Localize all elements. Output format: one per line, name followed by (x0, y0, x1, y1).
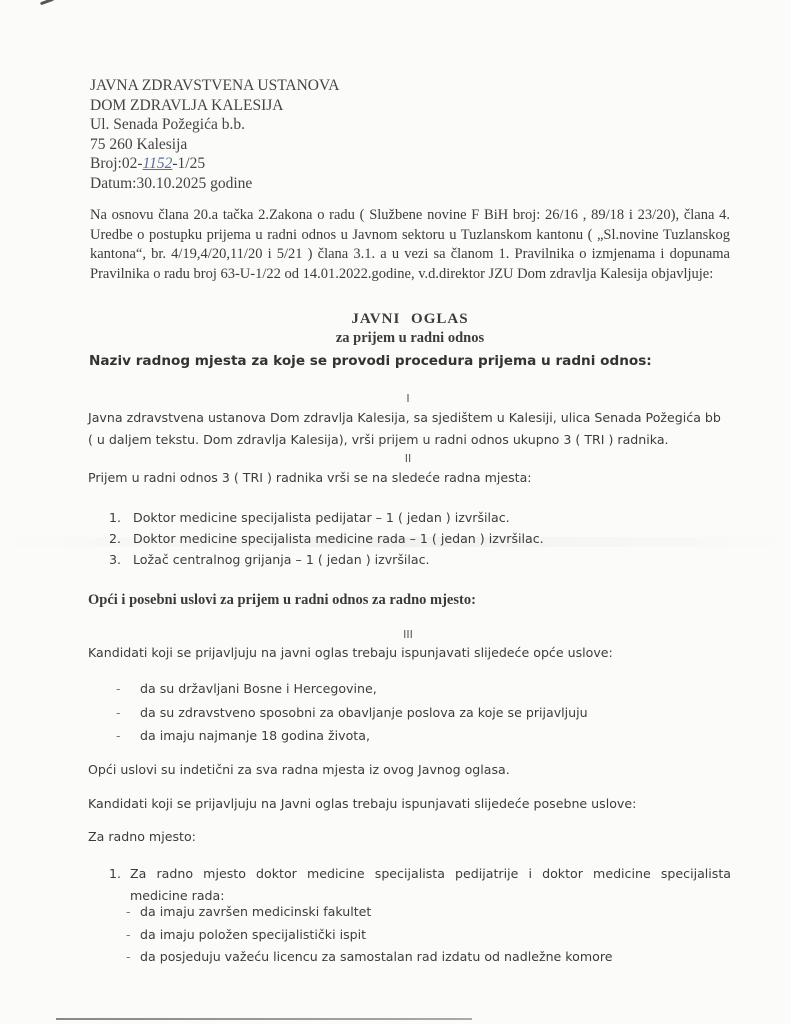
document-number: Broj:02-1152-1/25 (90, 154, 339, 174)
list-item: -da su zdravstveno sposobni za obavljanj… (116, 705, 588, 729)
list-number: 1. (109, 510, 133, 525)
list-number: 2. (109, 531, 133, 546)
institution-line-1: JAVNA ZDRAVSTVENA USTANOVA (90, 76, 339, 96)
list-text: da su državljani Bosne i Hercegovine, (140, 681, 377, 696)
list-text: Doktor medicine specijalista pedijatar –… (133, 510, 510, 525)
document-date: Datum:30.10.2025 godine (90, 174, 339, 194)
list-text: Doktor medicine specijalista medicine ra… (133, 531, 544, 546)
special-conditions-list: -da imaju završen medicinski fakultet -d… (126, 904, 612, 972)
section-marker-ii: II (88, 452, 728, 465)
list-text: da su zdravstveno sposobni za obavljanje… (140, 705, 588, 720)
for-position-label: Za radno mjesto: (88, 829, 196, 844)
dash-bullet: - (116, 705, 140, 720)
section-marker-iii: III (88, 628, 728, 641)
list-number: 1. (109, 863, 121, 885)
footer-rule (56, 1018, 472, 1020)
document-page: JAVNA ZDRAVSTVENA USTANOVA DOM ZDRAVLJA … (0, 0, 791, 1024)
list-text: da imaju najmanje 18 godina života, (140, 728, 370, 743)
number-prefix: Broj:02- (90, 155, 143, 172)
list-text: da imaju položen specijalistički ispit (140, 927, 366, 942)
section-i-line-2: ( u daljem tekstu. Dom zdravlja Kalesija… (88, 432, 669, 447)
list-text: da posjeduju važeću licencu za samostala… (140, 949, 612, 964)
dash-bullet: - (126, 904, 140, 919)
list-item: 1.Doktor medicine specijalista pedijatar… (109, 510, 544, 531)
title-block: JAVNI OGLAS za prijem u radni odnos (90, 311, 730, 347)
dash-bullet: - (126, 927, 140, 942)
list-item: 2.Doktor medicine specijalista medicine … (109, 531, 544, 552)
conditions-heading: Opći i posebni uslovi za prijem u radni … (88, 592, 476, 609)
positions-list: 1.Doktor medicine specijalista pedijatar… (109, 510, 544, 573)
list-text: da imaju završen medicinski fakultet (140, 904, 371, 919)
postal-city: 75 260 Kalesija (90, 135, 339, 155)
list-text: Ložač centralnog grijanja – 1 ( jedan ) … (133, 552, 430, 567)
special-conditions-intro: Kandidati koji se prijavljuju na Javni o… (88, 796, 636, 811)
section-ii-text: Prijem u radni odnos 3 ( TRI ) radnika v… (88, 470, 532, 485)
list-item: -da imaju završen medicinski fakultet (126, 904, 612, 927)
dash-bullet: - (116, 728, 140, 743)
list-item: 3.Ložač centralnog grijanja – 1 ( jedan … (109, 552, 544, 573)
list-text: Za radno mjesto doktor medicine specijal… (109, 863, 731, 907)
letterhead: JAVNA ZDRAVSTVENA USTANOVA DOM ZDRAVLJA … (90, 76, 339, 193)
dash-bullet: - (116, 681, 140, 696)
scan-mark (40, 0, 54, 5)
section-marker-i: I (88, 392, 728, 405)
general-conditions-note: Opći uslovi su indetični za sva radna mj… (88, 762, 510, 777)
dash-bullet: - (126, 949, 140, 964)
address: Ul. Senada Požegića b.b. (90, 115, 339, 135)
special-condition-item: 1. Za radno mjesto doktor medicine speci… (109, 863, 731, 907)
list-item: -da posjeduju važeću licencu za samostal… (126, 949, 612, 972)
list-item: -da imaju položen specijalistički ispit (126, 927, 612, 950)
list-item: -da su državljani Bosne i Hercegovine, (116, 681, 588, 705)
list-item: -da imaju najmanje 18 godina života, (116, 728, 588, 752)
document-subtitle: za prijem u radni odnos (90, 330, 730, 347)
section-i-line-1: Javna zdravstvena ustanova Dom zdravlja … (88, 410, 721, 425)
institution-line-2: DOM ZDRAVLJA KALESIJA (90, 96, 339, 116)
position-heading: Naziv radnog mjesta za koje se provodi p… (89, 353, 652, 369)
general-conditions-intro: Kandidati koji se prijavljuju na javni o… (88, 645, 613, 660)
number-suffix: -1/25 (172, 155, 205, 172)
general-conditions-list: -da su državljani Bosne i Hercegovine, -… (116, 681, 588, 752)
intro-paragraph: Na osnovu člana 20.a tačka 2.Zakona o ra… (90, 206, 730, 284)
handwritten-number: 1152 (143, 155, 173, 172)
list-number: 3. (109, 552, 133, 567)
document-title: JAVNI OGLAS (90, 311, 730, 328)
